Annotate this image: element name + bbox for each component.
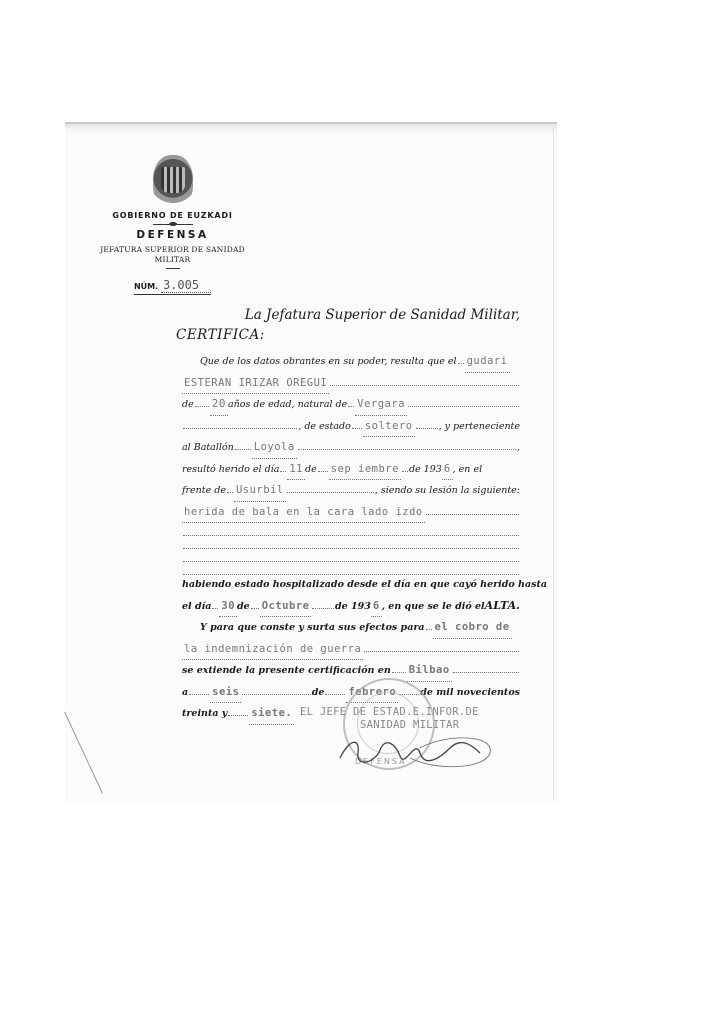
dotted-fill xyxy=(251,596,259,609)
certifica-heading: CERTIFICA: xyxy=(176,325,520,345)
line-injury: herida de bala en la cara lado izdo xyxy=(182,502,520,524)
line-purpose-2: la indemnización de guerra xyxy=(182,639,520,661)
line-name: ESTERAN IRIZAR OREGUI xyxy=(182,373,520,395)
dotted-fill xyxy=(212,596,218,609)
dotted-fill xyxy=(227,480,233,493)
text: resultó herido el día xyxy=(182,460,279,481)
dotted-fill xyxy=(325,682,345,695)
office-name: JEFATURA SUPERIOR DE SANIDAD MILITAR xyxy=(85,245,260,265)
line-discharge: el día 30 de Octubre de 193 6 , en que s… xyxy=(182,596,520,618)
signatory-title-line-1: EL JEFE DE ESTAD.E.INFOR.DE xyxy=(300,706,479,719)
line-blank-4 xyxy=(182,562,520,575)
dotted-fill xyxy=(348,394,354,407)
wound-month-field: sep iembre xyxy=(329,459,401,481)
line-blank-1 xyxy=(182,523,520,536)
text: , en que se le dió el xyxy=(382,597,485,618)
dotted-fill xyxy=(183,549,519,562)
office-line-1: JEFATURA SUPERIOR DE SANIDAD xyxy=(85,245,260,255)
certificate-body: La Jefatura Superior de Sanidad Militar,… xyxy=(182,305,520,725)
dotted-fill xyxy=(416,416,438,429)
discharge-month-field: Octubre xyxy=(260,596,312,618)
text: de xyxy=(182,395,194,416)
discharge-year-field: 6 xyxy=(371,596,382,618)
dotted-fill xyxy=(402,459,408,472)
line-hospitalized: habiendo estado hospitalizado desde el d… xyxy=(182,575,520,596)
number-label: NÚM. xyxy=(134,282,158,291)
discharge-day-field: 30 xyxy=(219,596,237,618)
dotted-fill xyxy=(195,394,209,407)
city-field: Bilbao xyxy=(407,660,452,682)
text: de 193 xyxy=(409,460,442,481)
front-field: Usurbil xyxy=(234,480,286,502)
text: , de estado xyxy=(298,417,351,438)
issue-year-field: siete. xyxy=(249,703,294,725)
text: años de edad, natural de xyxy=(228,395,347,416)
line-blank-2 xyxy=(182,536,520,549)
text: de 193 xyxy=(335,597,371,618)
paper-edge xyxy=(553,124,554,800)
dotted-fill xyxy=(408,394,519,407)
birthplace-field: Vergara xyxy=(355,394,407,416)
text: de xyxy=(312,683,325,704)
line-purpose: Y para que conste y surta sus efectos pa… xyxy=(182,617,520,639)
text: habiendo estado hospitalizado desde el d… xyxy=(182,575,547,596)
dotted-fill xyxy=(183,416,297,429)
wound-day-field: 11 xyxy=(287,459,305,481)
number-value: 3.005 xyxy=(161,278,211,293)
ornament-divider xyxy=(153,224,193,225)
dotted-fill xyxy=(242,682,310,695)
line-age: de 20 años de edad, natural de Vergara xyxy=(182,394,520,416)
text: se extiende la presente certificación en xyxy=(182,661,391,682)
short-divider xyxy=(166,268,180,269)
purpose-field-1: el cobro de xyxy=(433,617,512,639)
line-wound-date: resultó herido el día 11 de sep iembre d… xyxy=(182,459,520,481)
dotted-fill xyxy=(392,660,406,673)
wound-year-field: 6 xyxy=(442,459,453,481)
dotted-fill xyxy=(183,562,519,575)
text: Y para que conste y surta sus efectos pa… xyxy=(200,618,425,639)
purpose-field-2: la indemnización de guerra xyxy=(182,639,363,661)
line-blank-3 xyxy=(182,549,520,562)
text: de mil novecientos xyxy=(420,683,520,704)
dotted-fill xyxy=(453,660,519,673)
handwritten-signature xyxy=(320,728,500,768)
dotted-fill xyxy=(352,416,362,429)
age-field: 20 xyxy=(210,394,228,416)
text: , xyxy=(517,438,520,459)
dotted-fill xyxy=(330,373,519,386)
document-number: NÚM. 3.005 xyxy=(134,278,211,295)
dotted-fill xyxy=(318,459,328,472)
dotted-fill xyxy=(312,596,334,609)
line-front: frente de Usurbil , siendo su lesión la … xyxy=(182,480,520,502)
text: al Batallón xyxy=(182,438,234,459)
alta-label: ALTA. xyxy=(485,596,520,617)
dotted-fill xyxy=(426,502,519,515)
office-line-2: MILITAR xyxy=(85,255,260,265)
dotted-fill xyxy=(235,437,251,450)
text: treinta y xyxy=(182,704,227,725)
government-name: GOBIERNO DE EUZKADI xyxy=(85,211,260,220)
dotted-fill xyxy=(426,617,432,630)
line-intro: Que de los datos obrantes en su poder, r… xyxy=(182,351,520,373)
line-estado: , de estado soltero , y perteneciente xyxy=(182,416,520,438)
injury-field: herida de bala en la cara lado izdo xyxy=(182,502,425,524)
line-battalion: al Batallón Loyola , xyxy=(182,437,520,459)
text: , en el xyxy=(453,460,482,481)
dotted-fill xyxy=(183,536,519,549)
dotted-fill xyxy=(228,703,248,716)
dotted-fill xyxy=(458,351,464,364)
issuer-line: La Jefatura Superior de Sanidad Militar, xyxy=(182,305,520,325)
issue-day-field: seis xyxy=(210,682,241,704)
text: Que de los datos obrantes en su poder, r… xyxy=(200,352,457,373)
text: , siendo su lesión la siguiente: xyxy=(375,481,520,502)
rank-field: gudari xyxy=(465,351,510,373)
dotted-fill xyxy=(287,480,374,493)
coat-of-arms-icon xyxy=(153,155,193,207)
text: de xyxy=(237,597,250,618)
department-name: DEFENSA xyxy=(85,229,260,241)
dotted-fill xyxy=(364,639,519,652)
text: a xyxy=(182,683,188,704)
battalion-field: Loyola xyxy=(252,437,297,459)
line-city: se extiende la presente certificación en… xyxy=(182,660,520,682)
letterhead: GOBIERNO DE EUZKADI DEFENSA JEFATURA SUP… xyxy=(85,155,260,295)
marital-status-field: soltero xyxy=(363,416,415,438)
dotted-fill xyxy=(189,682,209,695)
text: frente de xyxy=(182,481,226,502)
text: , y perteneciente xyxy=(439,417,520,438)
text: de xyxy=(305,460,317,481)
dotted-fill xyxy=(183,523,519,536)
dotted-fill xyxy=(298,437,516,450)
name-field: ESTERAN IRIZAR OREGUI xyxy=(182,373,329,395)
dotted-fill xyxy=(280,459,286,472)
text: el día xyxy=(182,597,211,618)
